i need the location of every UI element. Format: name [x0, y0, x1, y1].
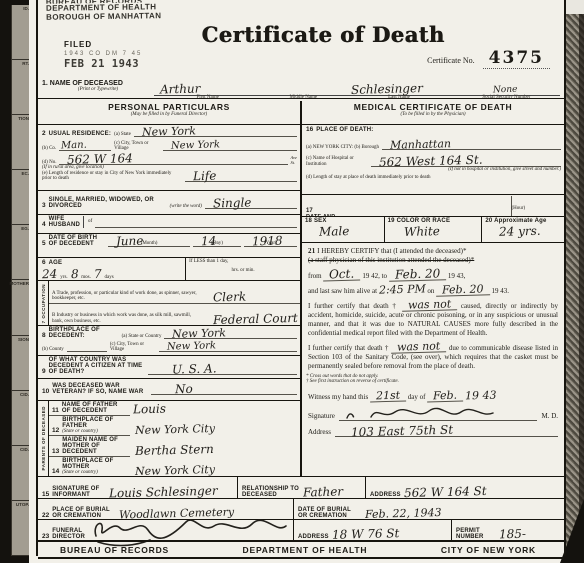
- field-number: 2: [42, 130, 46, 137]
- street-number-value: 562 W 164: [67, 152, 133, 166]
- name-of-deceased-row: 1. NAME OF DECEASED (Print or Typewrite)…: [42, 62, 560, 96]
- permit-number-label: PERMIT NUMBER: [456, 528, 496, 540]
- field-number: 21: [308, 247, 315, 255]
- funeral-address-value: 18 W 76 St: [332, 527, 400, 541]
- blank-line: 14: [193, 246, 240, 247]
- hrs-min-label: hrs. or min.: [189, 268, 297, 273]
- field-label: DATE OF BIRTH OF DECEDENT: [49, 235, 105, 247]
- communicable-paragraph: I further certify that death † was not d…: [308, 341, 558, 371]
- burial-date-label: DATE OF BURIAL OR CREMATION: [298, 507, 362, 519]
- blank-line: New York: [164, 328, 297, 339]
- sex-label: 18 SEX: [305, 218, 381, 224]
- state-value: New York: [142, 125, 196, 137]
- borough-value: Manhattan: [390, 138, 451, 151]
- blank-line: 562 W 164: [59, 154, 287, 165]
- physician-address-line: Address 103 East 75th St: [308, 424, 558, 437]
- field-number: 22: [42, 512, 49, 519]
- witness-year-value: 19 43: [465, 390, 497, 402]
- certificate-columns: PERSONAL PARTICULARS (May be filled in b…: [38, 101, 564, 476]
- field-label: WAS DECEASED WAR VETERAN? IF SO, NAME WA…: [52, 383, 148, 395]
- personal-particulars-column: PERSONAL PARTICULARS (May be filled in b…: [38, 101, 302, 476]
- certify-line-1: 21 I HEREBY CERTIFY that (I attended the…: [308, 247, 558, 265]
- address-label: Address: [308, 428, 331, 437]
- band-department: DEPARTMENT OF HEALTH: [243, 545, 368, 555]
- blank-line: New York: [134, 126, 297, 137]
- relationship-label: RELATIONSHIP TO DECEASED: [242, 486, 300, 498]
- birthplace-state-value: New York: [172, 328, 226, 340]
- birthplace-city-value: New York: [167, 342, 216, 353]
- personal-title: PERSONAL PARTICULARS: [38, 102, 300, 112]
- birth-year-value: 1918: [252, 235, 283, 248]
- age-days-value: 7: [94, 268, 102, 280]
- blank-line: June: [108, 246, 191, 247]
- ledger-label: RT.: [22, 61, 29, 66]
- ledger-stub-column: ID. RT. TION EC. EG. MOTHER SION CID. CI…: [11, 5, 30, 556]
- yrs-caption: yrs.: [60, 275, 67, 280]
- last-name-value: Schlesinger: [351, 82, 423, 96]
- ledger-stub: ID. RT. TION EC. EG. MOTHER SION CID. CI…: [0, 0, 29, 563]
- row-citizenship: 9 OF WHAT COUNTRY WAS DECEDENT A CITIZEN…: [38, 356, 300, 380]
- blank-line: Single: [205, 192, 297, 209]
- witness-line: Witness my hand this 21st day of Feb. 19…: [308, 390, 558, 402]
- field-number: 9: [42, 368, 46, 375]
- field-label: SINGLE, MARRIED, WIDOWED, OR DIVORCED: [49, 197, 167, 209]
- witness-mid: day of: [408, 393, 426, 401]
- certificate-body: BUREAU OF RECORDS DEPARTMENT OF HEALTH B…: [36, 0, 566, 556]
- personal-subtitle: (May be filled in by Funeral Director): [38, 112, 300, 117]
- blank-line: [67, 341, 107, 352]
- occupation-side-label: 7 OCCUPATION: [41, 284, 46, 323]
- blank-line: 1918: [244, 246, 297, 247]
- sub-label: (b) County: [42, 347, 64, 352]
- row-spouse: 4 WIFE HUSBAND of: [38, 215, 300, 235]
- certify-struck-text: (a staff physician of this institution a…: [308, 256, 474, 264]
- last-saw-line: and last saw him alive at 2:45 PM on Feb…: [308, 284, 558, 296]
- field-number: 3: [42, 202, 46, 209]
- father-name-value: Louis: [133, 403, 166, 416]
- middle-name-field: Middle Name: [261, 69, 345, 96]
- ssn-field: None Social Security Number: [453, 69, 560, 96]
- field-number: 23: [42, 533, 49, 540]
- occupation-b-label: B Industry or business in which work was…: [52, 313, 202, 324]
- ledger-cell: CID.: [12, 446, 30, 501]
- death-certificate-scan: ID. RT. TION EC. EG. MOTHER SION CID. CI…: [0, 0, 584, 563]
- field-number: 10: [42, 388, 49, 395]
- was-not-handwritten-2: was not: [391, 340, 447, 353]
- row-date-of-death: 17 DATE AND HOUR OF DEATH (Month) Feb (D…: [302, 195, 564, 217]
- sub-label: (a) State or Country: [122, 334, 162, 340]
- sub-label: (a) NEW YORK CITY: (b) Borough: [306, 145, 379, 150]
- parents-side-label: PARENTS OF DECEASED: [41, 406, 46, 470]
- hospital-note: (If not in hospital or institution, give…: [448, 167, 561, 172]
- blank-line: New York: [163, 140, 297, 151]
- hour-caption: (Hour): [512, 206, 526, 211]
- blank-line: 562 West 164 St.: [371, 156, 561, 167]
- field-label: HUSBAND: [49, 222, 80, 228]
- row-date-of-birth: 5 DATE OF BIRTH OF DECEDENT (Month) June…: [38, 234, 300, 258]
- blank-line: U. S. A.: [148, 358, 297, 375]
- field-label: PLACE OF DEATH:: [316, 127, 373, 133]
- ledger-cell: RT.: [12, 60, 30, 115]
- medical-title: MEDICAL CERTIFICATE OF DEATH: [302, 102, 564, 112]
- days-caption: days: [105, 275, 114, 280]
- p2-pre: I further certify that death †: [308, 302, 398, 310]
- last-saw-time: 2:45 PM: [379, 283, 426, 295]
- ledger-label: EC.: [21, 171, 29, 176]
- field-number: 5: [42, 240, 46, 247]
- last-name-field: Schlesinger Last Name: [345, 69, 452, 96]
- ledger-label: CID.: [20, 392, 29, 397]
- blank-line: [339, 406, 538, 421]
- field-number: 14: [52, 468, 59, 475]
- row-certification: 21 I HEREBY CERTIFY that (I attended the…: [302, 243, 564, 476]
- to-label: to: [382, 272, 387, 280]
- ledger-cell: TION: [12, 115, 30, 170]
- parents-side-label-cell: PARENTS OF DECEASED: [38, 401, 49, 476]
- certify-text: I HEREBY CERTIFY that (I attended the de…: [317, 247, 466, 255]
- filed-code: 1943 CO DM 7 45: [64, 51, 142, 57]
- sub-label: (c) Name of Hospital or Institution: [306, 156, 368, 167]
- ledger-cell: EC.: [12, 170, 30, 225]
- row-usual-residence: 2 USUAL RESIDENCE: (a) State New York (b…: [38, 125, 300, 192]
- industry-value: Federal Court: [213, 312, 298, 326]
- race-value: White: [403, 224, 478, 238]
- veteran-value: No: [175, 383, 193, 395]
- row-funeral-director: 23 FUNERAL DIRECTOR ADDRESS 18 W 76 St P…: [38, 519, 564, 540]
- medical-header: MEDICAL CERTIFICATE OF DEATH (To be fill…: [302, 101, 564, 125]
- signature-line: Signature M. D.: [308, 406, 558, 421]
- field-label: BIRTHPLACE OF DECEDENT:: [49, 327, 119, 339]
- field-label: NAME OF FATHER OF DECEDENT: [62, 402, 122, 414]
- blank-line: Louis: [125, 404, 127, 414]
- row-birthplace-decedent: 8 BIRTHPLACE OF DECEDENT: (a) State or C…: [38, 326, 300, 355]
- permit-number-value: 185-: [499, 528, 526, 541]
- of-label: of: [83, 216, 92, 228]
- ledger-label: UTOP.: [16, 502, 29, 507]
- bottom-band: BUREAU OF RECORDS DEPARTMENT OF HEALTH C…: [38, 540, 564, 559]
- blank-line: Man.: [59, 140, 111, 151]
- sub-label: (State or country): [62, 429, 124, 434]
- p3-pre: I further certify that death †: [308, 344, 389, 352]
- field-number: 11: [52, 407, 59, 414]
- mos-caption: mos.: [81, 275, 91, 280]
- footnote-2: † See first instruction on reverse of ce…: [306, 379, 560, 384]
- last-saw-on: on: [427, 287, 434, 295]
- last-saw-pre: and last saw him alive at: [308, 287, 377, 295]
- field-number: 4: [42, 221, 46, 228]
- field-label: AGE: [49, 260, 63, 266]
- ledger-label: EG.: [21, 226, 29, 231]
- race-label: 19 COLOR OR RACE: [388, 218, 479, 224]
- ledger-cell: UTOP.: [12, 501, 30, 556]
- age-months-value: 8: [71, 268, 79, 280]
- to-year: 19 43,: [448, 272, 466, 280]
- was-not-handwritten-1: was not: [402, 298, 458, 311]
- name-label: 1. NAME OF DECEASED: [42, 80, 154, 87]
- stamp-line-borough: BOROUGH OF MANHATTAN: [46, 11, 161, 22]
- field-number: 12: [52, 427, 59, 434]
- mother-name-value: Bertha Stern: [135, 443, 214, 457]
- field-number: 15: [42, 491, 49, 498]
- witness-day-value: 21st: [370, 390, 406, 403]
- medical-subtitle: (To be filled in by the Physician): [302, 112, 564, 117]
- sub-label: (write the word): [170, 204, 202, 209]
- attended-from-value: Oct.: [323, 268, 361, 282]
- ledger-cell: CID.: [12, 391, 30, 446]
- blank-line: New York: [159, 341, 297, 352]
- ledger-cell: ID.: [12, 5, 30, 60]
- row-sex-race-age: 18 SEX Male 19 COLOR OR RACE White 20 Ap…: [302, 217, 564, 243]
- blank-line: [95, 217, 297, 228]
- physician-signature-scribble: [343, 404, 503, 422]
- row-occupation: 7 OCCUPATION A Trade, profession, or par…: [38, 281, 300, 326]
- header-divider: [38, 98, 564, 99]
- blank-line: 103 East 75th St: [335, 424, 558, 437]
- approx-age-label: 20 Approximate Age: [485, 218, 561, 224]
- sub-label: (d) Length of stay at place of death imm…: [306, 175, 431, 181]
- occupation-value: Clerk: [213, 291, 246, 304]
- birth-day-value: 14: [201, 235, 217, 247]
- blank-line: Manhattan: [382, 139, 561, 150]
- occupation-side-label-cell: 7 OCCUPATION: [38, 281, 49, 325]
- blank-line: Federal Court: [205, 314, 297, 324]
- informant-label: SIGNATURE OF INFORMANT: [52, 486, 106, 498]
- sub-label: (a) State: [114, 132, 131, 137]
- attended-to-value: Feb. 20: [389, 267, 447, 281]
- medical-certificate-column: MEDICAL CERTIFICATE OF DEATH (To be fill…: [302, 101, 564, 476]
- informant-address-value: 562 W 164 St: [404, 485, 487, 499]
- field-label: BIRTHPLACE OF FATHER: [62, 417, 124, 429]
- county-value: Man.: [61, 140, 87, 151]
- last-saw-year: 19 43.: [491, 287, 509, 295]
- ledger-label: CID.: [20, 447, 29, 452]
- father-birthplace-value: New York City: [135, 423, 215, 436]
- sub-label: (b) Co.: [42, 146, 56, 151]
- row-age: 6 AGE 24 yrs. 8 mos. 7 days: [38, 258, 300, 282]
- from-label: from: [308, 272, 322, 280]
- certify-from-to-line: from Oct. 19 42, to Feb. 20 19 43,: [308, 268, 558, 281]
- field-number: 8: [42, 332, 46, 339]
- sub-label: (c) City, Town or Village: [114, 141, 160, 151]
- personal-header: PERSONAL PARTICULARS (May be filled in b…: [38, 101, 300, 125]
- filed-label: FILED: [64, 40, 142, 49]
- occupation-a-label: A Trade, profession, or particular kind …: [52, 291, 202, 302]
- first-name-field: Arthur First Name: [154, 69, 261, 96]
- field-number: 6: [42, 259, 46, 266]
- ledger-cell: SION: [12, 336, 30, 391]
- blank-line: Life: [185, 171, 297, 182]
- sub-label: (State or country): [62, 470, 124, 475]
- md-suffix: M. D.: [541, 412, 558, 421]
- field-label: USUAL RESIDENCE:: [49, 131, 111, 137]
- witness-pre: Witness my hand this: [308, 393, 368, 401]
- sub-label: (e) Length of residence or stay in City …: [42, 171, 182, 182]
- approx-age-value: 24 yrs.: [499, 224, 561, 238]
- residence-length-value: Life: [193, 169, 217, 182]
- citizenship-value: U. S. A.: [171, 362, 216, 375]
- ledger-label: TION: [18, 116, 29, 121]
- ssn-value: None: [493, 86, 518, 96]
- name-sublabel: (Print or Typewrite): [42, 87, 154, 92]
- field-label: MAIDEN NAME OF MOTHER OF DECEDENT: [62, 437, 124, 455]
- row-war-veteran: 10 WAS DECEASED WAR VETERAN? IF SO, NAME…: [38, 379, 300, 401]
- birth-month-value: June: [115, 235, 143, 248]
- relationship-value: Father: [303, 485, 343, 498]
- band-bureau: BUREAU OF RECORDS: [60, 545, 169, 555]
- signature-label: Signature: [308, 412, 335, 421]
- ledger-label: MOTHER: [10, 281, 30, 286]
- first-name-value: Arthur: [160, 82, 201, 95]
- from-year: 19 42,: [362, 272, 380, 280]
- binding-texture: [565, 14, 584, 556]
- unit-st: St.: [291, 160, 296, 165]
- hospital-value: 562 West 164 St.: [379, 154, 483, 169]
- blank-line: Clerk: [205, 292, 297, 302]
- physician-address-value: 103 East 75th St: [351, 424, 453, 439]
- row-marital-status: 3 SINGLE, MARRIED, WIDOWED, OR DIVORCED …: [38, 191, 300, 215]
- field-label: OF WHAT COUNTRY WAS DECEDENT A CITIZEN A…: [49, 357, 145, 375]
- ledger-cell: MOTHER: [12, 280, 30, 335]
- blank-line: No: [151, 380, 297, 395]
- band-city: CITY OF NEW YORK: [441, 545, 536, 555]
- row-place-of-death: 16 PLACE OF DEATH: (a) NEW YORK CITY: (b…: [302, 125, 564, 195]
- field-label: BIRTHPLACE OF MOTHER: [62, 458, 124, 470]
- certificate-title: Certificate of Death: [188, 22, 458, 47]
- ledger-label: SION: [18, 337, 29, 342]
- witness-month-value: Feb.: [427, 390, 463, 403]
- ledger-cell: EG.: [12, 225, 30, 280]
- age-years-value: 24: [42, 268, 58, 280]
- parents-section: PARENTS OF DECEASED 11 NAME OF FATHER OF…: [38, 401, 300, 476]
- natural-causes-paragraph: I further certify that death † was not c…: [308, 299, 558, 338]
- sub-label: (c) City, Town or Village: [110, 342, 156, 352]
- last-saw-date: Feb. 20: [436, 283, 490, 296]
- field-number: 16: [306, 126, 313, 133]
- marital-status-value: Single: [213, 197, 252, 210]
- row-informant: 15 SIGNATURE OF INFORMANT Louis Schlesin…: [38, 476, 564, 498]
- city-value: New York: [171, 140, 220, 151]
- field-number: 13: [52, 448, 59, 455]
- name-label-block: 1. NAME OF DECEASED (Print or Typewrite): [42, 80, 154, 96]
- dept-stamp: BUREAU OF RECORDS DEPARTMENT OF HEALTH B…: [46, 0, 162, 22]
- less-than-day-label: If LESS than 1 day,: [189, 259, 297, 264]
- sex-value: Male: [319, 224, 381, 238]
